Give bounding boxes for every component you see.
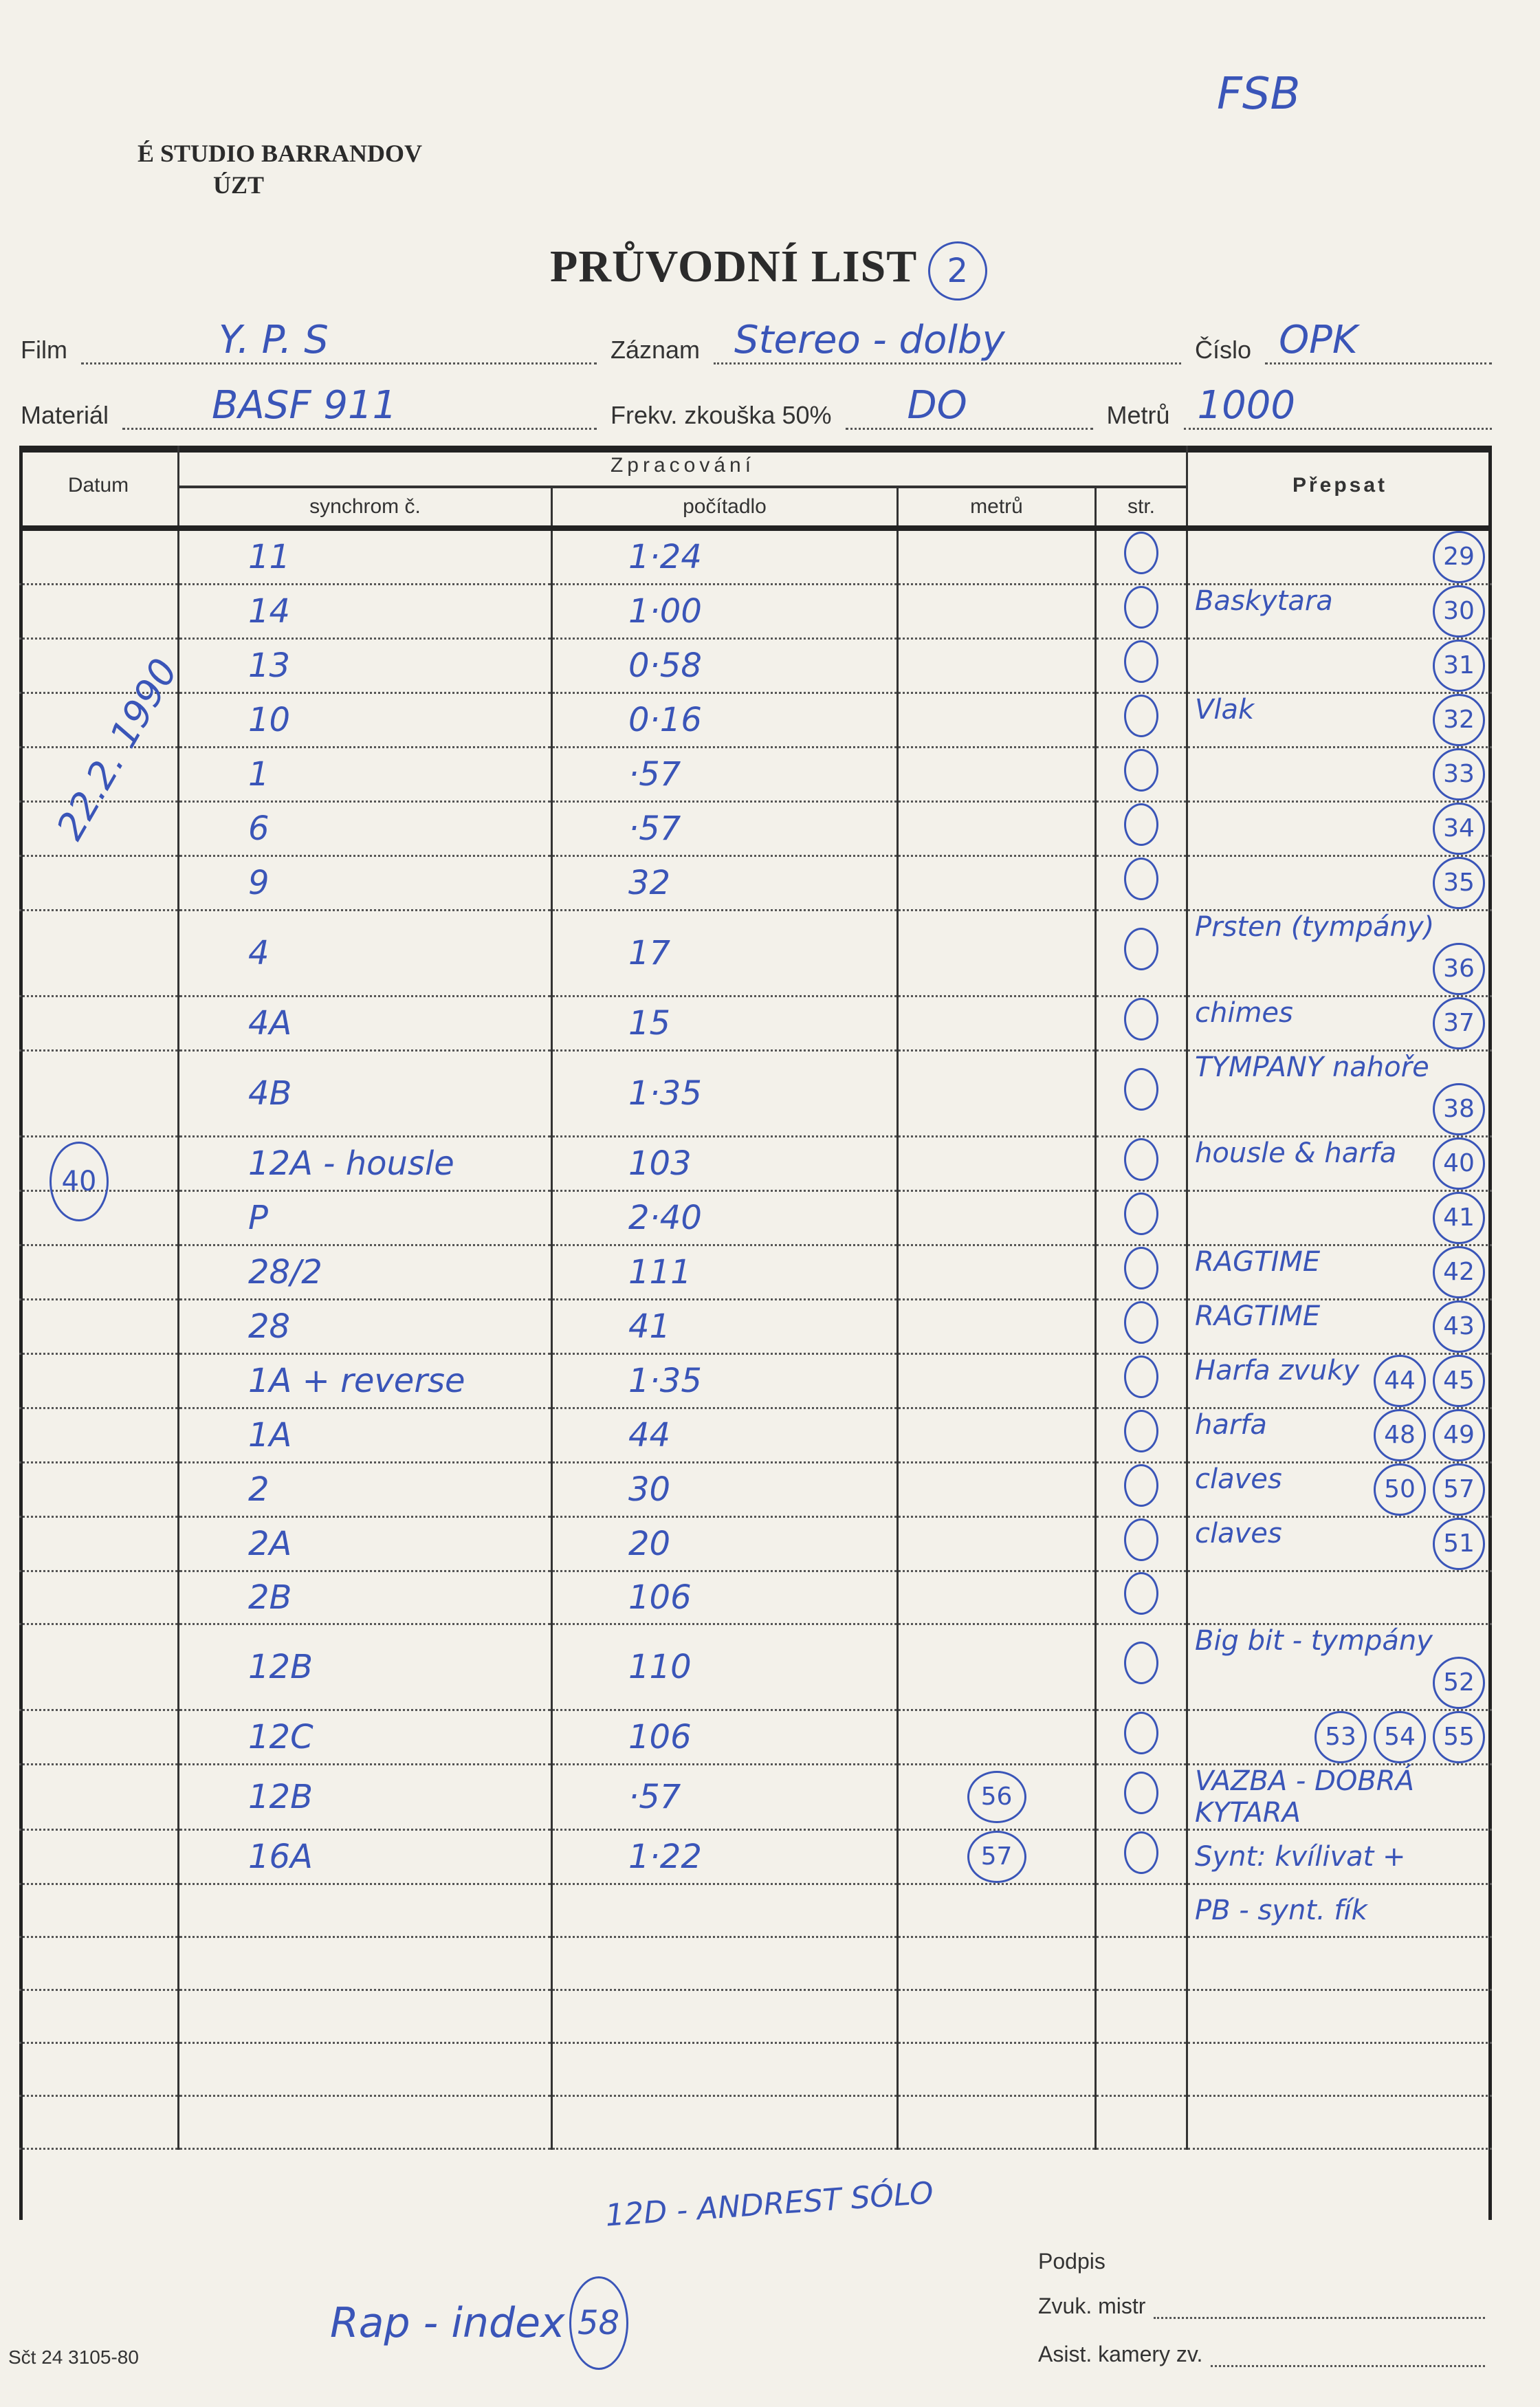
datum-cell [19, 1830, 179, 1884]
pocitadlo-cell: 1·22 [552, 1830, 898, 1884]
film-label: Film [21, 336, 67, 364]
prepsat-circled-number: 42 [1433, 1246, 1485, 1298]
str-cell [1096, 1463, 1187, 1517]
prepsat-cell: 35 [1187, 856, 1493, 911]
pocitadlo-cell: 1·00 [552, 585, 898, 639]
prepsat-circled-number: 53 [1314, 1711, 1367, 1763]
metru-cell [898, 1245, 1096, 1300]
synchrom-cell: 12C [179, 1710, 552, 1765]
prepsat-note: TYMPANY nahoře [1195, 1052, 1429, 1083]
metru-cell [898, 802, 1096, 856]
table-row: 1A44harfa4849 [19, 1408, 1492, 1463]
str-cell [1096, 528, 1187, 585]
prepsat-note: harfa [1195, 1409, 1267, 1441]
metru-cell [898, 693, 1096, 748]
department-name: ÚZT [137, 169, 422, 201]
str-cell [1096, 1884, 1187, 1937]
str-zero-mark [1124, 640, 1158, 683]
pocitadlo-cell: 1·35 [552, 1354, 898, 1408]
metru-cell [898, 1051, 1096, 1137]
str-zero-mark [1124, 1138, 1158, 1181]
str-zero-mark [1124, 1772, 1158, 1814]
synchrom-cell: 16A [179, 1830, 552, 1884]
synchrom-cell: 13 [179, 639, 552, 693]
synchrom-cell: 1 [179, 748, 552, 802]
metru-cell [898, 1463, 1096, 1517]
prepsat-cell: Prsten (tympány)36 [1187, 911, 1493, 996]
table-row: 4B1·35TYMPANY nahoře38 [19, 1051, 1492, 1137]
header-zpracovani: Zpracování [179, 446, 1187, 487]
metru-cell: 56 [898, 1765, 1096, 1830]
header-prepsat: Přepsat [1187, 446, 1493, 528]
table-row: 6·5734 [19, 802, 1492, 856]
zvuk-mistr-row: Zvuk. mistr [1038, 2294, 1485, 2319]
table-row: 2841RAGTIME43 [19, 1300, 1492, 1354]
datum-cell [19, 585, 179, 639]
frekv-label: Frekv. zkouška 50% [610, 401, 831, 430]
str-zero-mark [1124, 586, 1158, 629]
asist-row: Asist. kamery zv. [1038, 2342, 1485, 2367]
metru-cell [898, 1354, 1096, 1408]
datum-cell [19, 1517, 179, 1571]
datum-cell [19, 528, 179, 585]
metru-cell [898, 1710, 1096, 1765]
prepsat-cell: Big bit - tympány52 [1187, 1624, 1493, 1710]
below-table-note: 12D - ANDREST SÓLO [604, 2175, 935, 2233]
str-zero-mark [1124, 1410, 1158, 1452]
pocitadlo-cell: 17 [552, 911, 898, 996]
table-row: 1A + reverse1·35Harfa zvuky4445 [19, 1354, 1492, 1408]
metru-cell [898, 1408, 1096, 1463]
metru-cell [898, 1517, 1096, 1571]
prepsat-cell: claves51 [1187, 1517, 1493, 1571]
datum-cell [19, 1624, 179, 1710]
prepsat-note: Vlak [1195, 694, 1254, 726]
prepsat-note: housle & harfa [1195, 1137, 1396, 1169]
prepsat-cell [1187, 2096, 1493, 2149]
pocitadlo-cell [552, 2096, 898, 2149]
prepsat-note: RAGTIME [1195, 1300, 1320, 1332]
prepsat-circled-number: 49 [1433, 1409, 1485, 1461]
table-row: 12C106535455 [19, 1710, 1492, 1765]
cislo-field[interactable]: OPK [1265, 318, 1492, 364]
pocitadlo-cell: 106 [552, 1710, 898, 1765]
prepsat-circled-number: 57 [1433, 1463, 1485, 1516]
pocitadlo-cell: 1·35 [552, 1051, 898, 1137]
record-table: Datum Zpracování Přepsat synchrom č. poč… [19, 446, 1492, 2150]
synchrom-cell [179, 2043, 552, 2096]
prepsat-circled-number: 33 [1433, 748, 1485, 800]
datum-cell [19, 1354, 179, 1408]
table-row: 93235 [19, 856, 1492, 911]
prepsat-cell [1187, 1571, 1493, 1624]
pocitadlo-cell: 111 [552, 1245, 898, 1300]
pocitadlo-cell: 20 [552, 1517, 898, 1571]
prepsat-circled-number: 52 [1433, 1657, 1485, 1709]
prepsat-circled-number: 35 [1433, 857, 1485, 909]
metru-cell [898, 585, 1096, 639]
str-cell [1096, 856, 1187, 911]
table-row: 28/2111RAGTIME42 [19, 1245, 1492, 1300]
str-cell [1096, 639, 1187, 693]
str-zero-mark [1124, 1192, 1158, 1235]
prepsat-note: Big bit - tympány [1195, 1625, 1433, 1657]
prepsat-circled-number: 55 [1433, 1711, 1485, 1763]
pocitadlo-cell: 1·24 [552, 528, 898, 585]
datum-cell [19, 1990, 179, 2043]
metru-cell [898, 1571, 1096, 1624]
prepsat-note: Harfa zvuky [1195, 1355, 1359, 1386]
metru-cell [898, 1884, 1096, 1937]
metru-cell [898, 1624, 1096, 1710]
prepsat-note: RAGTIME [1195, 1246, 1320, 1278]
metru-cell [898, 856, 1096, 911]
prepsat-circled-number: 34 [1433, 803, 1485, 855]
header-datum: Datum [19, 446, 179, 528]
prepsat-cell: Vlak32 [1187, 693, 1493, 748]
str-zero-mark [1124, 1712, 1158, 1754]
synchrom-cell: 12B [179, 1765, 552, 1830]
str-cell [1096, 1191, 1187, 1245]
synchrom-cell [179, 2096, 552, 2149]
organization-name: É STUDIO BARRANDOV [137, 140, 422, 167]
synchrom-cell: 28 [179, 1300, 552, 1354]
table-row [19, 1990, 1492, 2043]
metru-cell [898, 911, 1096, 996]
str-cell [1096, 585, 1187, 639]
prepsat-circled-number: 50 [1374, 1463, 1426, 1516]
prepsat-circled-number: 36 [1433, 943, 1485, 995]
metru-cell [898, 1191, 1096, 1245]
synchrom-cell: 9 [179, 856, 552, 911]
prepsat-cell: 535455 [1187, 1710, 1493, 1765]
podpis-label: Podpis [1038, 2249, 1105, 2274]
synchrom-cell: 10 [179, 693, 552, 748]
pocitadlo-cell: ·57 [552, 748, 898, 802]
prepsat-cell: PB - synt. fík [1187, 1884, 1493, 1937]
fields-row-1: Film Y. P. S Záznam Stereo - dolby Číslo… [21, 303, 1492, 364]
metru-circled-value: 56 [967, 1771, 1026, 1823]
pocitadlo-cell [552, 1990, 898, 2043]
datum-cell [19, 1710, 179, 1765]
synchrom-cell: 1A + reverse [179, 1354, 552, 1408]
prepsat-cell: Synt: kvílivat + [1187, 1830, 1493, 1884]
title-text: PRŮVODNÍ LIST [550, 241, 917, 292]
str-zero-mark [1124, 1831, 1158, 1874]
title-circled-number: 2 [928, 241, 987, 301]
pocitadlo-cell: 110 [552, 1624, 898, 1710]
prepsat-cell: 41 [1187, 1191, 1493, 1245]
material-field[interactable]: BASF 911 [122, 383, 597, 430]
synchrom-cell: 2B [179, 1571, 552, 1624]
pocitadlo-cell [552, 1937, 898, 1990]
table-row: 100·16Vlak32 [19, 693, 1492, 748]
table-row: 230claves5057 [19, 1463, 1492, 1517]
datum-cell [19, 856, 179, 911]
prepsat-cell: 31 [1187, 639, 1493, 693]
str-zero-mark [1124, 749, 1158, 792]
pocitadlo-cell: ·57 [552, 1765, 898, 1830]
prepsat-circled-number: 51 [1433, 1518, 1485, 1570]
str-cell [1096, 1765, 1187, 1830]
str-cell [1096, 1990, 1187, 2043]
str-cell [1096, 1517, 1187, 1571]
metru-label: Metrů [1107, 401, 1170, 430]
str-cell [1096, 1300, 1187, 1354]
metru-cell [898, 1137, 1096, 1191]
str-zero-mark [1124, 1355, 1158, 1398]
table-row: 2A20claves51 [19, 1517, 1492, 1571]
table-row: 130·5831 [19, 639, 1492, 693]
prepsat-cell: claves5057 [1187, 1463, 1493, 1517]
prepsat-circled-number: 37 [1433, 997, 1485, 1049]
synchrom-cell: 2 [179, 1463, 552, 1517]
table-row: 12B·5756VAZBA - DOBRÁ KYTARA [19, 1765, 1492, 1830]
prepsat-note: VAZBA - DOBRÁ KYTARA [1195, 1765, 1414, 1829]
prepsat-cell: TYMPANY nahoře38 [1187, 1051, 1493, 1137]
header-metru: metrů [898, 487, 1096, 528]
synchrom-cell: 4 [179, 911, 552, 996]
str-cell [1096, 802, 1187, 856]
table-row: PB - synt. fík [19, 1884, 1492, 1937]
prepsat-circled-number: 48 [1374, 1409, 1426, 1461]
str-cell [1096, 1408, 1187, 1463]
page-title: PRŮVODNÍ LIST2 [550, 241, 987, 301]
datum-cell [19, 1245, 179, 1300]
prepsat-cell: 29 [1187, 528, 1493, 585]
table-row: 12A - housle103housle & harfa40 [19, 1137, 1492, 1191]
datum-cell [19, 1884, 179, 1937]
header-synchrom: synchrom č. [179, 487, 552, 528]
str-zero-mark [1124, 998, 1158, 1041]
metru-cell [898, 748, 1096, 802]
pocitadlo-cell: 30 [552, 1463, 898, 1517]
zaznam-label: Záznam [610, 336, 700, 364]
prepsat-circled-number: 40 [1433, 1137, 1485, 1190]
datum-cell [19, 1765, 179, 1830]
str-zero-mark [1124, 1572, 1158, 1615]
pocitadlo-cell: 0·16 [552, 693, 898, 748]
frekv-field[interactable]: DO [846, 383, 1093, 430]
pocitadlo-cell: 103 [552, 1137, 898, 1191]
synchrom-cell: 6 [179, 802, 552, 856]
rap-note-text: Rap - index [330, 2299, 565, 2347]
str-zero-mark [1124, 928, 1158, 970]
prepsat-note: chimes [1195, 997, 1293, 1029]
str-zero-mark [1124, 532, 1158, 574]
synchrom-cell: 4B [179, 1051, 552, 1137]
cislo-label: Číslo [1195, 336, 1251, 364]
prepsat-circled-number: 38 [1433, 1083, 1485, 1135]
prepsat-cell: harfa4849 [1187, 1408, 1493, 1463]
prepsat-circled-number: 43 [1433, 1300, 1485, 1353]
prepsat-cell [1187, 1937, 1493, 1990]
metru-cell: 57 [898, 1830, 1096, 1884]
prepsat-note: claves [1195, 1463, 1282, 1495]
datum-cell [19, 1408, 179, 1463]
table-row: 141·00Baskytara30 [19, 585, 1492, 639]
str-cell [1096, 1937, 1187, 1990]
fields-row-2: Materiál BASF 911 Frekv. zkouška 50% DO … [21, 368, 1492, 430]
metru-field[interactable]: 1000 [1184, 383, 1492, 430]
prepsat-circled-number: 41 [1433, 1192, 1485, 1244]
str-zero-mark [1124, 695, 1158, 737]
str-cell [1096, 1624, 1187, 1710]
table-row [19, 1937, 1492, 1990]
synchrom-cell [179, 1937, 552, 1990]
str-cell [1096, 693, 1187, 748]
str-zero-mark [1124, 1301, 1158, 1344]
str-cell [1096, 1137, 1187, 1191]
synchrom-cell: 12A - housle [179, 1137, 552, 1191]
str-cell [1096, 2043, 1187, 2096]
table-row: 4A15chimes37 [19, 996, 1492, 1051]
metru-cell [898, 2043, 1096, 2096]
pocitadlo-cell [552, 2043, 898, 2096]
asist-signature-field[interactable] [1211, 2342, 1485, 2367]
table-row [19, 2043, 1492, 2096]
pocitadlo-cell: 44 [552, 1408, 898, 1463]
header-pocitadlo: počítadlo [552, 487, 898, 528]
datum-cell [19, 911, 179, 996]
pocitadlo-cell: 0·58 [552, 639, 898, 693]
pocitadlo-cell: 41 [552, 1300, 898, 1354]
synchrom-cell: 11 [179, 528, 552, 585]
str-cell [1096, 1571, 1187, 1624]
pocitadlo-cell: 15 [552, 996, 898, 1051]
synchrom-cell: P [179, 1191, 552, 1245]
str-cell [1096, 1354, 1187, 1408]
metru-cell [898, 639, 1096, 693]
zvuk-mistr-signature-field[interactable] [1154, 2294, 1485, 2319]
synchrom-cell: 1A [179, 1408, 552, 1463]
synchrom-cell: 4A [179, 996, 552, 1051]
pocitadlo-cell: ·57 [552, 802, 898, 856]
datum-cell [19, 996, 179, 1051]
str-zero-mark [1124, 1247, 1158, 1289]
zaznam-field[interactable]: Stereo - dolby [714, 318, 1181, 364]
prepsat-note: Synt: kvílivat + [1195, 1841, 1406, 1873]
asist-label: Asist. kamery zv. [1038, 2342, 1202, 2367]
prepsat-cell: RAGTIME43 [1187, 1300, 1493, 1354]
prepsat-note: PB - synt. fík [1195, 1895, 1367, 1926]
prepsat-cell: Harfa zvuky4445 [1187, 1354, 1493, 1408]
datum-cell [19, 1300, 179, 1354]
metru-cell [898, 2096, 1096, 2149]
prepsat-cell [1187, 2043, 1493, 2096]
datum-cell [19, 1051, 179, 1137]
metru-cell [898, 1990, 1096, 2043]
rap-note: Rap - index 58 [330, 2276, 628, 2370]
prepsat-cell: 33 [1187, 748, 1493, 802]
prepsat-note: claves [1195, 1518, 1282, 1549]
synchrom-cell [179, 1884, 552, 1937]
prepsat-circled-number: 32 [1433, 694, 1485, 746]
datum-cell [19, 1937, 179, 1990]
str-cell [1096, 1710, 1187, 1765]
prepsat-circled-number: 54 [1374, 1711, 1426, 1763]
table-row: 111·2429 [19, 528, 1492, 585]
synchrom-cell [179, 1990, 552, 2043]
str-zero-mark [1124, 1642, 1158, 1684]
str-cell [1096, 1245, 1187, 1300]
table-row [19, 2096, 1492, 2149]
table-row: 1·5733 [19, 748, 1492, 802]
film-field[interactable]: Y. P. S [81, 318, 597, 364]
synchrom-cell: 12B [179, 1624, 552, 1710]
prepsat-cell: 34 [1187, 802, 1493, 856]
prepsat-cell: RAGTIME42 [1187, 1245, 1493, 1300]
datum-cell [19, 1463, 179, 1517]
metru-cell [898, 1937, 1096, 1990]
corner-note: FSB [1217, 69, 1300, 120]
zvuk-mistr-label: Zvuk. mistr [1038, 2294, 1145, 2319]
str-zero-mark [1124, 1464, 1158, 1507]
form-code: Sčt 24 3105-80 [8, 2346, 139, 2368]
str-cell [1096, 911, 1187, 996]
prepsat-cell: Baskytara30 [1187, 585, 1493, 639]
str-zero-mark [1124, 1518, 1158, 1561]
str-cell [1096, 748, 1187, 802]
str-cell [1096, 996, 1187, 1051]
synchrom-cell: 2A [179, 1517, 552, 1571]
synchrom-cell: 14 [179, 585, 552, 639]
rap-circled-number: 58 [569, 2276, 628, 2370]
pocitadlo-cell: 2·40 [552, 1191, 898, 1245]
prepsat-cell: VAZBA - DOBRÁ KYTARA [1187, 1765, 1493, 1830]
prepsat-note: Prsten (tympány) [1195, 911, 1434, 943]
table-row: 417Prsten (tympány)36 [19, 911, 1492, 996]
datum-cell [19, 2096, 179, 2149]
table-row: 2B106 [19, 1571, 1492, 1624]
synchrom-cell: 28/2 [179, 1245, 552, 1300]
pocitadlo-cell: 32 [552, 856, 898, 911]
prepsat-circled-number: 31 [1433, 640, 1485, 692]
prepsat-circled-number: 44 [1374, 1355, 1426, 1407]
str-zero-mark [1124, 803, 1158, 846]
metru-cell [898, 528, 1096, 585]
metru-circled-value: 57 [967, 1831, 1026, 1883]
prepsat-cell: housle & harfa40 [1187, 1137, 1493, 1191]
prepsat-note: Baskytara [1195, 585, 1333, 617]
str-cell [1096, 1830, 1187, 1884]
organization-header: É STUDIO BARRANDOV ÚZT [137, 138, 422, 201]
str-cell [1096, 1051, 1187, 1137]
table-row: 12B110Big bit - tympány52 [19, 1624, 1492, 1710]
table-row: P2·4041 [19, 1191, 1492, 1245]
table-row: 16A1·2257Synt: kvílivat + [19, 1830, 1492, 1884]
side-circled-number: 40 [49, 1142, 109, 1221]
prepsat-circled-number: 29 [1433, 531, 1485, 583]
pocitadlo-cell [552, 1884, 898, 1937]
str-zero-mark [1124, 858, 1158, 900]
prepsat-circled-number: 45 [1433, 1355, 1485, 1407]
str-cell [1096, 2096, 1187, 2149]
prepsat-circled-number: 30 [1433, 585, 1485, 638]
metru-cell [898, 996, 1096, 1051]
material-label: Materiál [21, 401, 109, 430]
metru-cell [898, 1300, 1096, 1354]
prepsat-cell [1187, 1990, 1493, 2043]
header-str: str. [1096, 487, 1187, 528]
datum-cell [19, 1571, 179, 1624]
prepsat-cell: chimes37 [1187, 996, 1493, 1051]
str-zero-mark [1124, 1068, 1158, 1111]
pocitadlo-cell: 106 [552, 1571, 898, 1624]
datum-cell [19, 2043, 179, 2096]
